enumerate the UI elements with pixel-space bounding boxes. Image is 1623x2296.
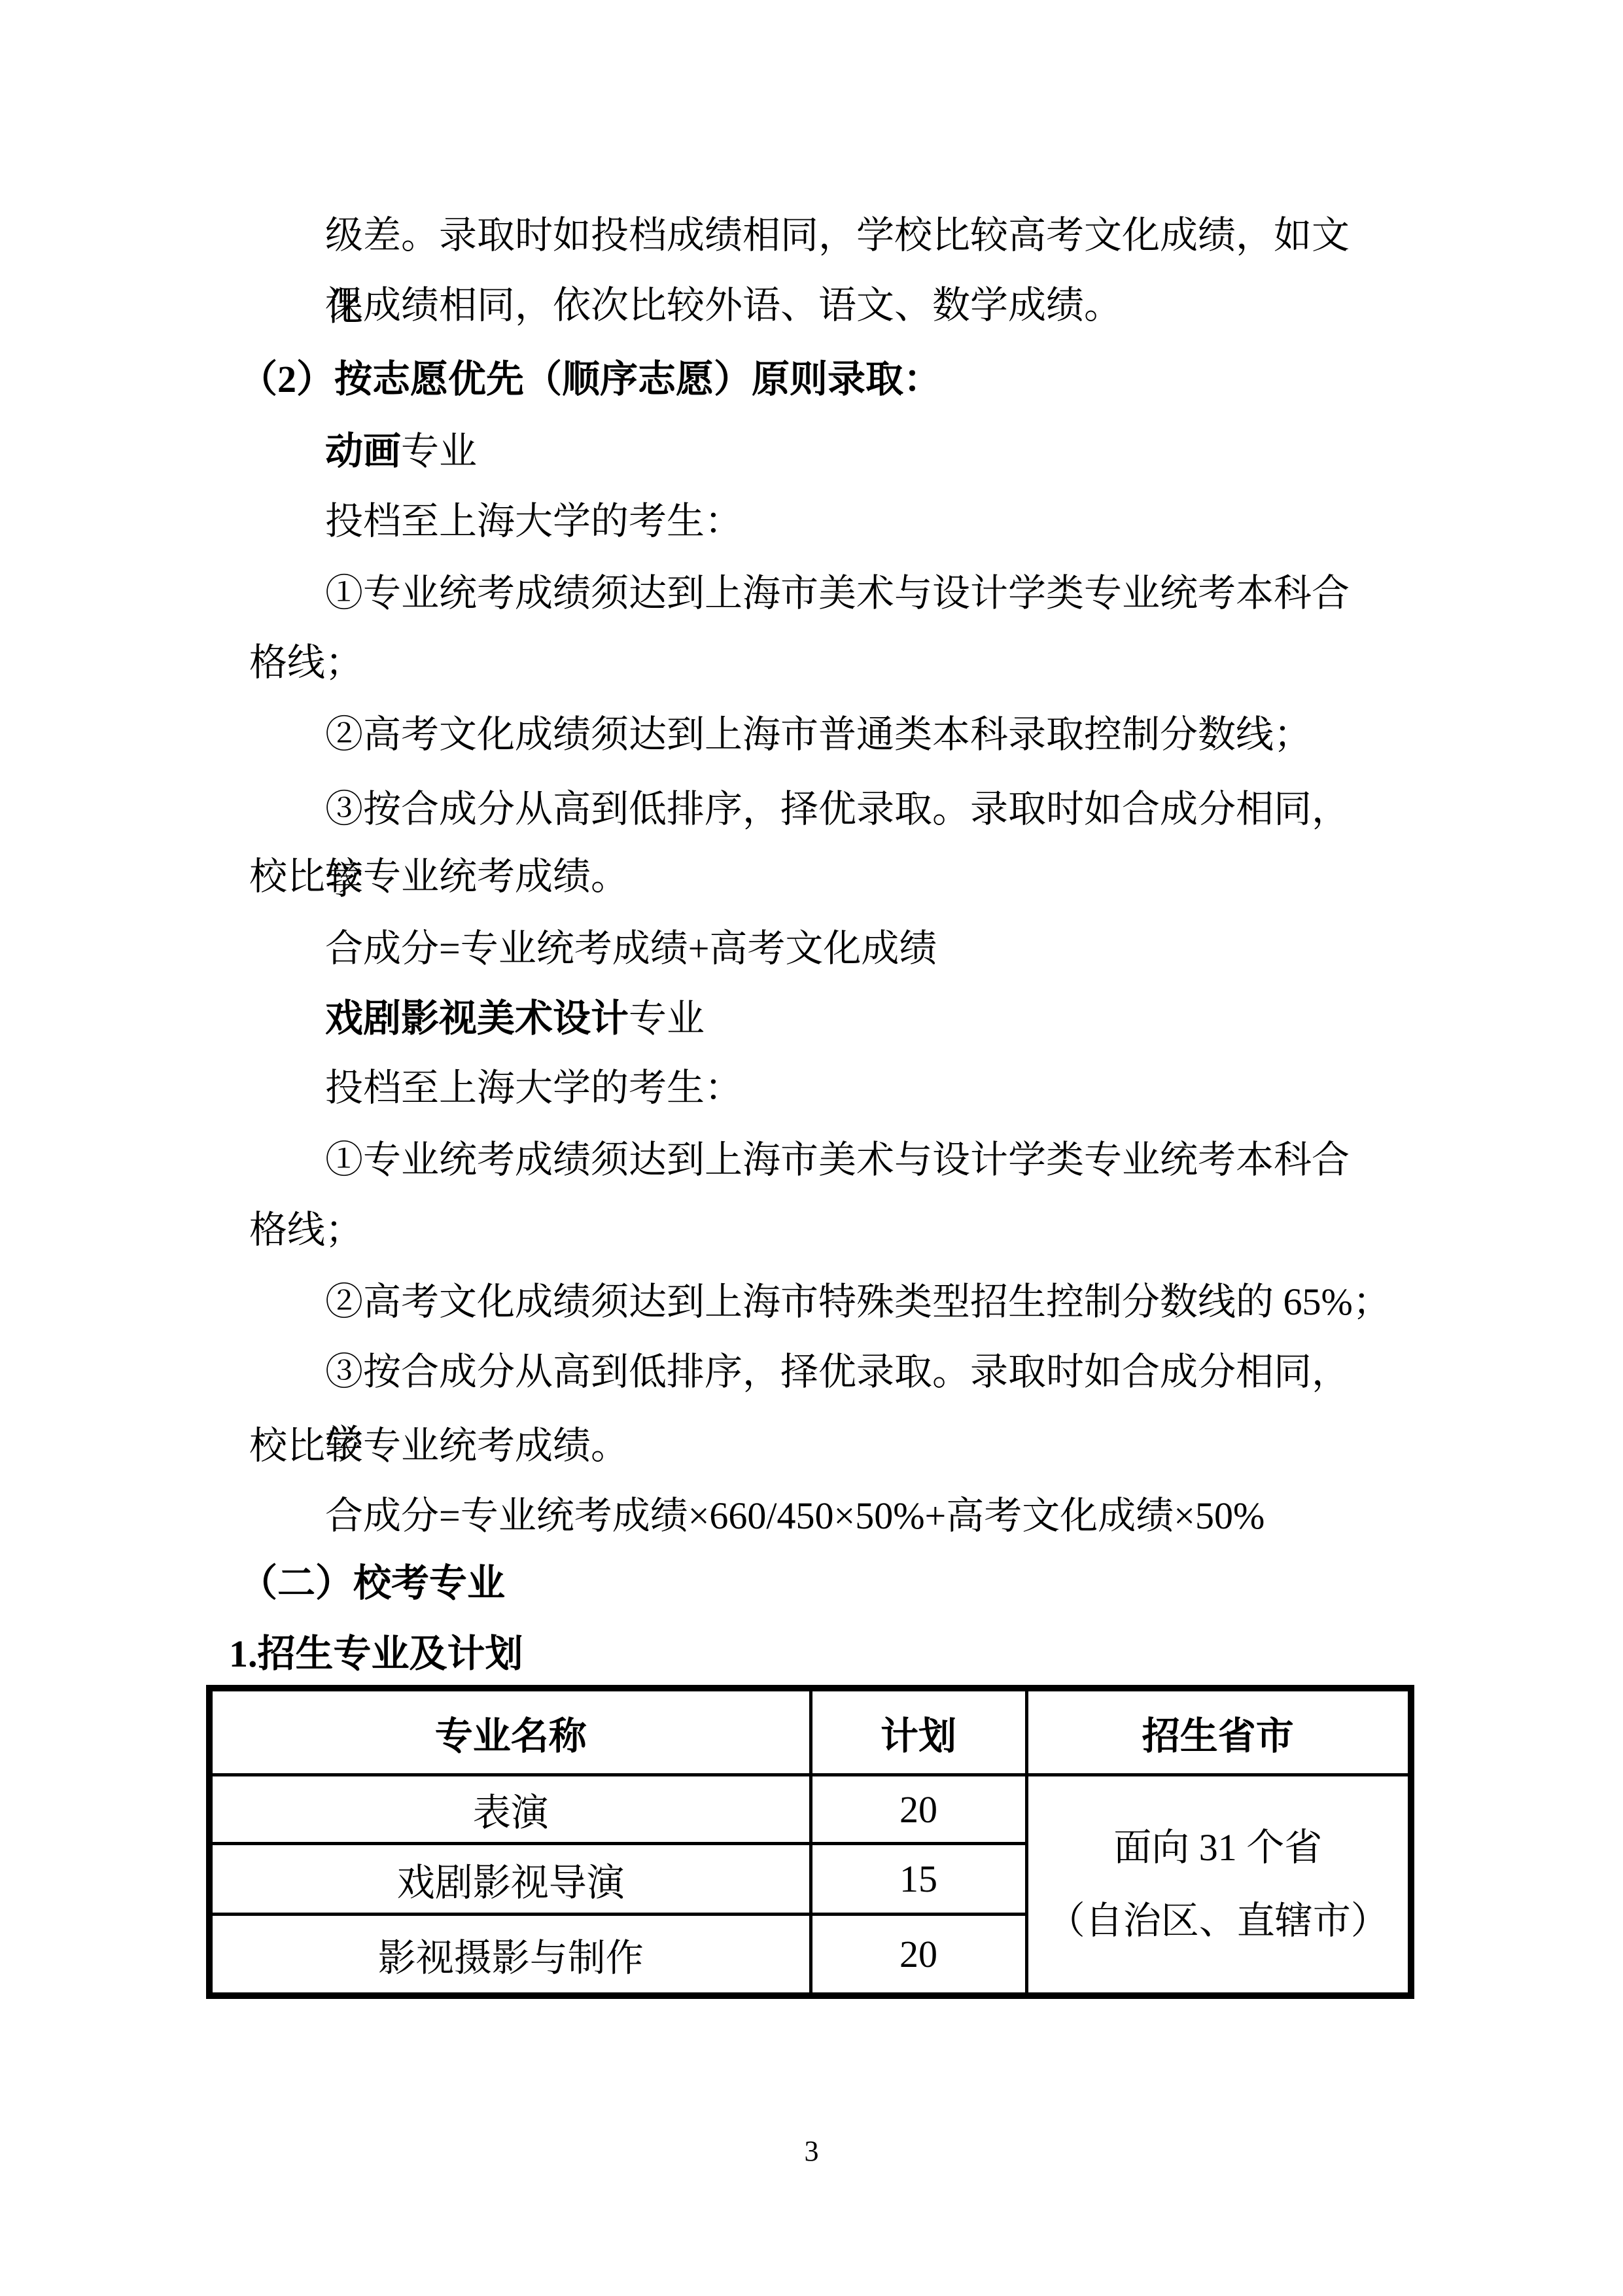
paragraph-line: 投档至上海大学的考生：: [325, 1052, 742, 1124]
table-cell-major: 表演: [209, 1775, 811, 1844]
paragraph-line: 投档至上海大学的考生：: [325, 486, 742, 557]
major-name-drama-film-art-design: 戏剧影视美术设计专业: [325, 983, 705, 1055]
formula-line: 合成分=专业统考成绩+高考文化成绩: [325, 913, 937, 985]
table-header-row: 专业名称 计划 招生省市: [209, 1688, 1411, 1775]
list-item-line: ③按合成分从高到低排序，择优录取。录取时如合成分相同，学: [325, 773, 1350, 845]
table-header-plan: 计划: [811, 1688, 1026, 1775]
page-number: 3: [0, 2130, 1623, 2173]
list-item-line: ①专业统考成绩须达到上海市美术与设计学类专业统考本科合: [325, 557, 1350, 629]
paragraph-line: 校比较专业统考成绩。: [249, 1410, 629, 1482]
table-cell-major: 影视摄影与制作: [209, 1915, 811, 1996]
subheading-enrollment-plan: 1.招生专业及计划: [229, 1618, 523, 1690]
admissions-plan-table: 专业名称 计划 招生省市 表演 20 面向 31 个省 （自治区、直辖市） 戏剧…: [206, 1685, 1414, 1999]
subsection-heading-2: （2）按志愿优先（顺序志愿）原则录取：: [239, 344, 941, 415]
table-cell-plan: 15: [811, 1844, 1026, 1915]
table-cell-plan: 20: [811, 1915, 1026, 1996]
section-heading-school-exam: （二）校考专业: [239, 1547, 505, 1619]
major-name-bold: 动画: [325, 430, 401, 472]
table-cell-provinces: 面向 31 个省 （自治区、直辖市）: [1026, 1775, 1411, 1996]
paragraph-line: 格线；: [249, 1194, 363, 1266]
paragraph-line: 格线；: [249, 627, 363, 699]
list-item-line: ①专业统考成绩须达到上海市美术与设计学类专业统考本科合: [325, 1124, 1350, 1196]
paragraph-line: 课成绩相同，依次比较外语、语文、数学成绩。: [325, 270, 1122, 342]
provinces-line-2: （自治区、直辖市）: [1028, 1884, 1408, 1958]
table-header-major: 专业名称: [209, 1688, 811, 1775]
table-cell-plan: 20: [811, 1775, 1026, 1844]
table-header-provinces: 招生省市: [1026, 1688, 1411, 1775]
major-name-bold: 戏剧影视美术设计: [325, 997, 629, 1040]
paragraph-line: 级差。录取时如投档成绩相同，学校比较高考文化成绩，如文化: [325, 200, 1350, 272]
list-item-line: ②高考文化成绩须达到上海市普通类本科录取控制分数线；: [325, 699, 1312, 771]
document-page: 级差。录取时如投档成绩相同，学校比较高考文化成绩，如文化 课成绩相同，依次比较外…: [0, 0, 1623, 2296]
list-item-line: ②高考文化成绩须达到上海市特殊类型招生控制分数线的 65%；: [325, 1266, 1391, 1338]
table-cell-major: 戏剧影视导演: [209, 1844, 811, 1915]
provinces-line-1: 面向 31 个省: [1028, 1811, 1408, 1884]
table-row: 表演 20 面向 31 个省 （自治区、直辖市）: [209, 1775, 1411, 1844]
major-name-animation: 动画专业: [325, 415, 477, 487]
list-item-line: ③按合成分从高到低排序，择优录取。录取时如合成分相同，学: [325, 1336, 1350, 1408]
major-name-suffix: 专业: [401, 430, 477, 472]
paragraph-line: 校比较专业统考成绩。: [249, 841, 629, 913]
major-name-suffix: 专业: [629, 997, 705, 1040]
formula-line: 合成分=专业统考成绩×660/450×50%+高考文化成绩×50%: [325, 1480, 1265, 1552]
